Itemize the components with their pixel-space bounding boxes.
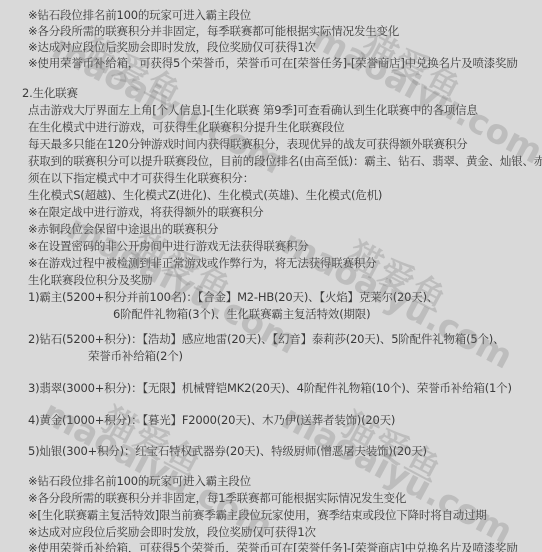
section-title: 2.生化联赛	[22, 86, 78, 100]
section-paragraph: 点击游戏大厅界面左上角[个人信息]-[生化联赛 第9季]可查看确认到生化联赛中的…	[28, 103, 478, 117]
tier-line-continued: 6阶配件礼物箱(3个)、生化联赛霸主复活特效(期限)	[113, 307, 370, 321]
tier-line: 5)灿银(300+积分)：红宝石特权武器券(20天)、特级厨师(憎恶屠夫装饰)(…	[28, 444, 427, 458]
top-note: ※达成对应段位后奖励会即时发放，段位奖励仅可获得1次	[28, 40, 316, 54]
top-note: ※使用荣誉币补给箱，可获得5个荣誉币，荣誉币可在[荣誉任务]-[荣誉商店]中兑换…	[28, 56, 518, 70]
bottom-note: ※[生化联赛霸主复活特效]限当前赛季霸主段位玩家使用，赛季结束或段位下降时将自动…	[28, 508, 487, 522]
section-paragraph: 在生化模式中进行游戏，可获得生化联赛积分提升生化联赛段位	[28, 120, 344, 134]
section-paragraph: 须在以下指定模式中才可获得生化联赛积分：	[28, 171, 254, 185]
tier-line: 2)钻石(5200+积分)：【浩劫】感应地雷(20天)、【幻音】泰莉莎(20天)…	[28, 332, 504, 346]
tier-line-continued: 荣誉币补给箱(2个)	[88, 349, 183, 363]
section-paragraph: ※在限定战中进行游戏，将获得额外的联赛积分	[28, 205, 263, 219]
document-page: ※钻石段位排名前100的玩家可进入霸主段位 ※各分段所需的联赛积分并非固定，每季…	[0, 0, 542, 552]
section-paragraph: ※赤铜段位会保留中途退出的联赛积分	[28, 222, 218, 236]
tier-line: 4)黄金(1000+积分)：【暮光】F2000(20天)、木乃伊(送葬者装饰)(…	[28, 413, 395, 427]
rewards-title: 生化联赛段位积分及奖励	[28, 273, 152, 287]
section-paragraph: 每天最多只能在120分钟游戏时间内获得联赛积分，表现优异的战友可获得额外联赛积分	[28, 137, 467, 151]
bottom-note: ※达成对应段位后奖励会即时发放，段位奖励仅可获得1次	[28, 525, 316, 539]
watermark-text: 猫爱鱼	[95, 393, 213, 487]
top-note: ※各分段所需的联赛积分并非固定，每季联赛都可能根据实际情况发生变化	[28, 24, 399, 38]
bottom-note: ※钻石段位排名前100的玩家可进入霸主段位	[28, 474, 251, 488]
bottom-note: ※使用荣誉币补给箱，可获得5个荣誉币，荣誉币可在[荣誉任务]-[荣誉商店]中兑换…	[28, 541, 518, 552]
bottom-note: ※各分段所需的联赛积分并非固定，每1季联赛都可能根据实际情况发生变化	[28, 491, 406, 505]
top-note: ※钻石段位排名前100的玩家可进入霸主段位	[28, 8, 251, 22]
section-paragraph: 生化模式S(超越)、生化模式Z(进化)、生化模式(英雄)、生化模式(危机)	[28, 188, 382, 202]
section-paragraph: 获取到的联赛积分可以提升联赛段位，目前的段位排名(由高至低)：霸主、钻石、翡翠、…	[28, 154, 542, 168]
section-paragraph: ※在游戏过程中被检测到非正常游戏或作弊行为，将无法获得联赛积分	[28, 256, 376, 270]
tier-line: 1)霸主(5200+积分并前100名)：【合金】M2-HB(20天)、【火焰】克…	[28, 290, 438, 304]
section-paragraph: ※在设置密码的非公开房间中进行游戏无法获得联赛积分	[28, 239, 309, 253]
tier-line: 3)翡翠(3000+积分)：【无限】机械臂铠MK2(20天)、4阶配件礼物箱(1…	[28, 381, 512, 395]
